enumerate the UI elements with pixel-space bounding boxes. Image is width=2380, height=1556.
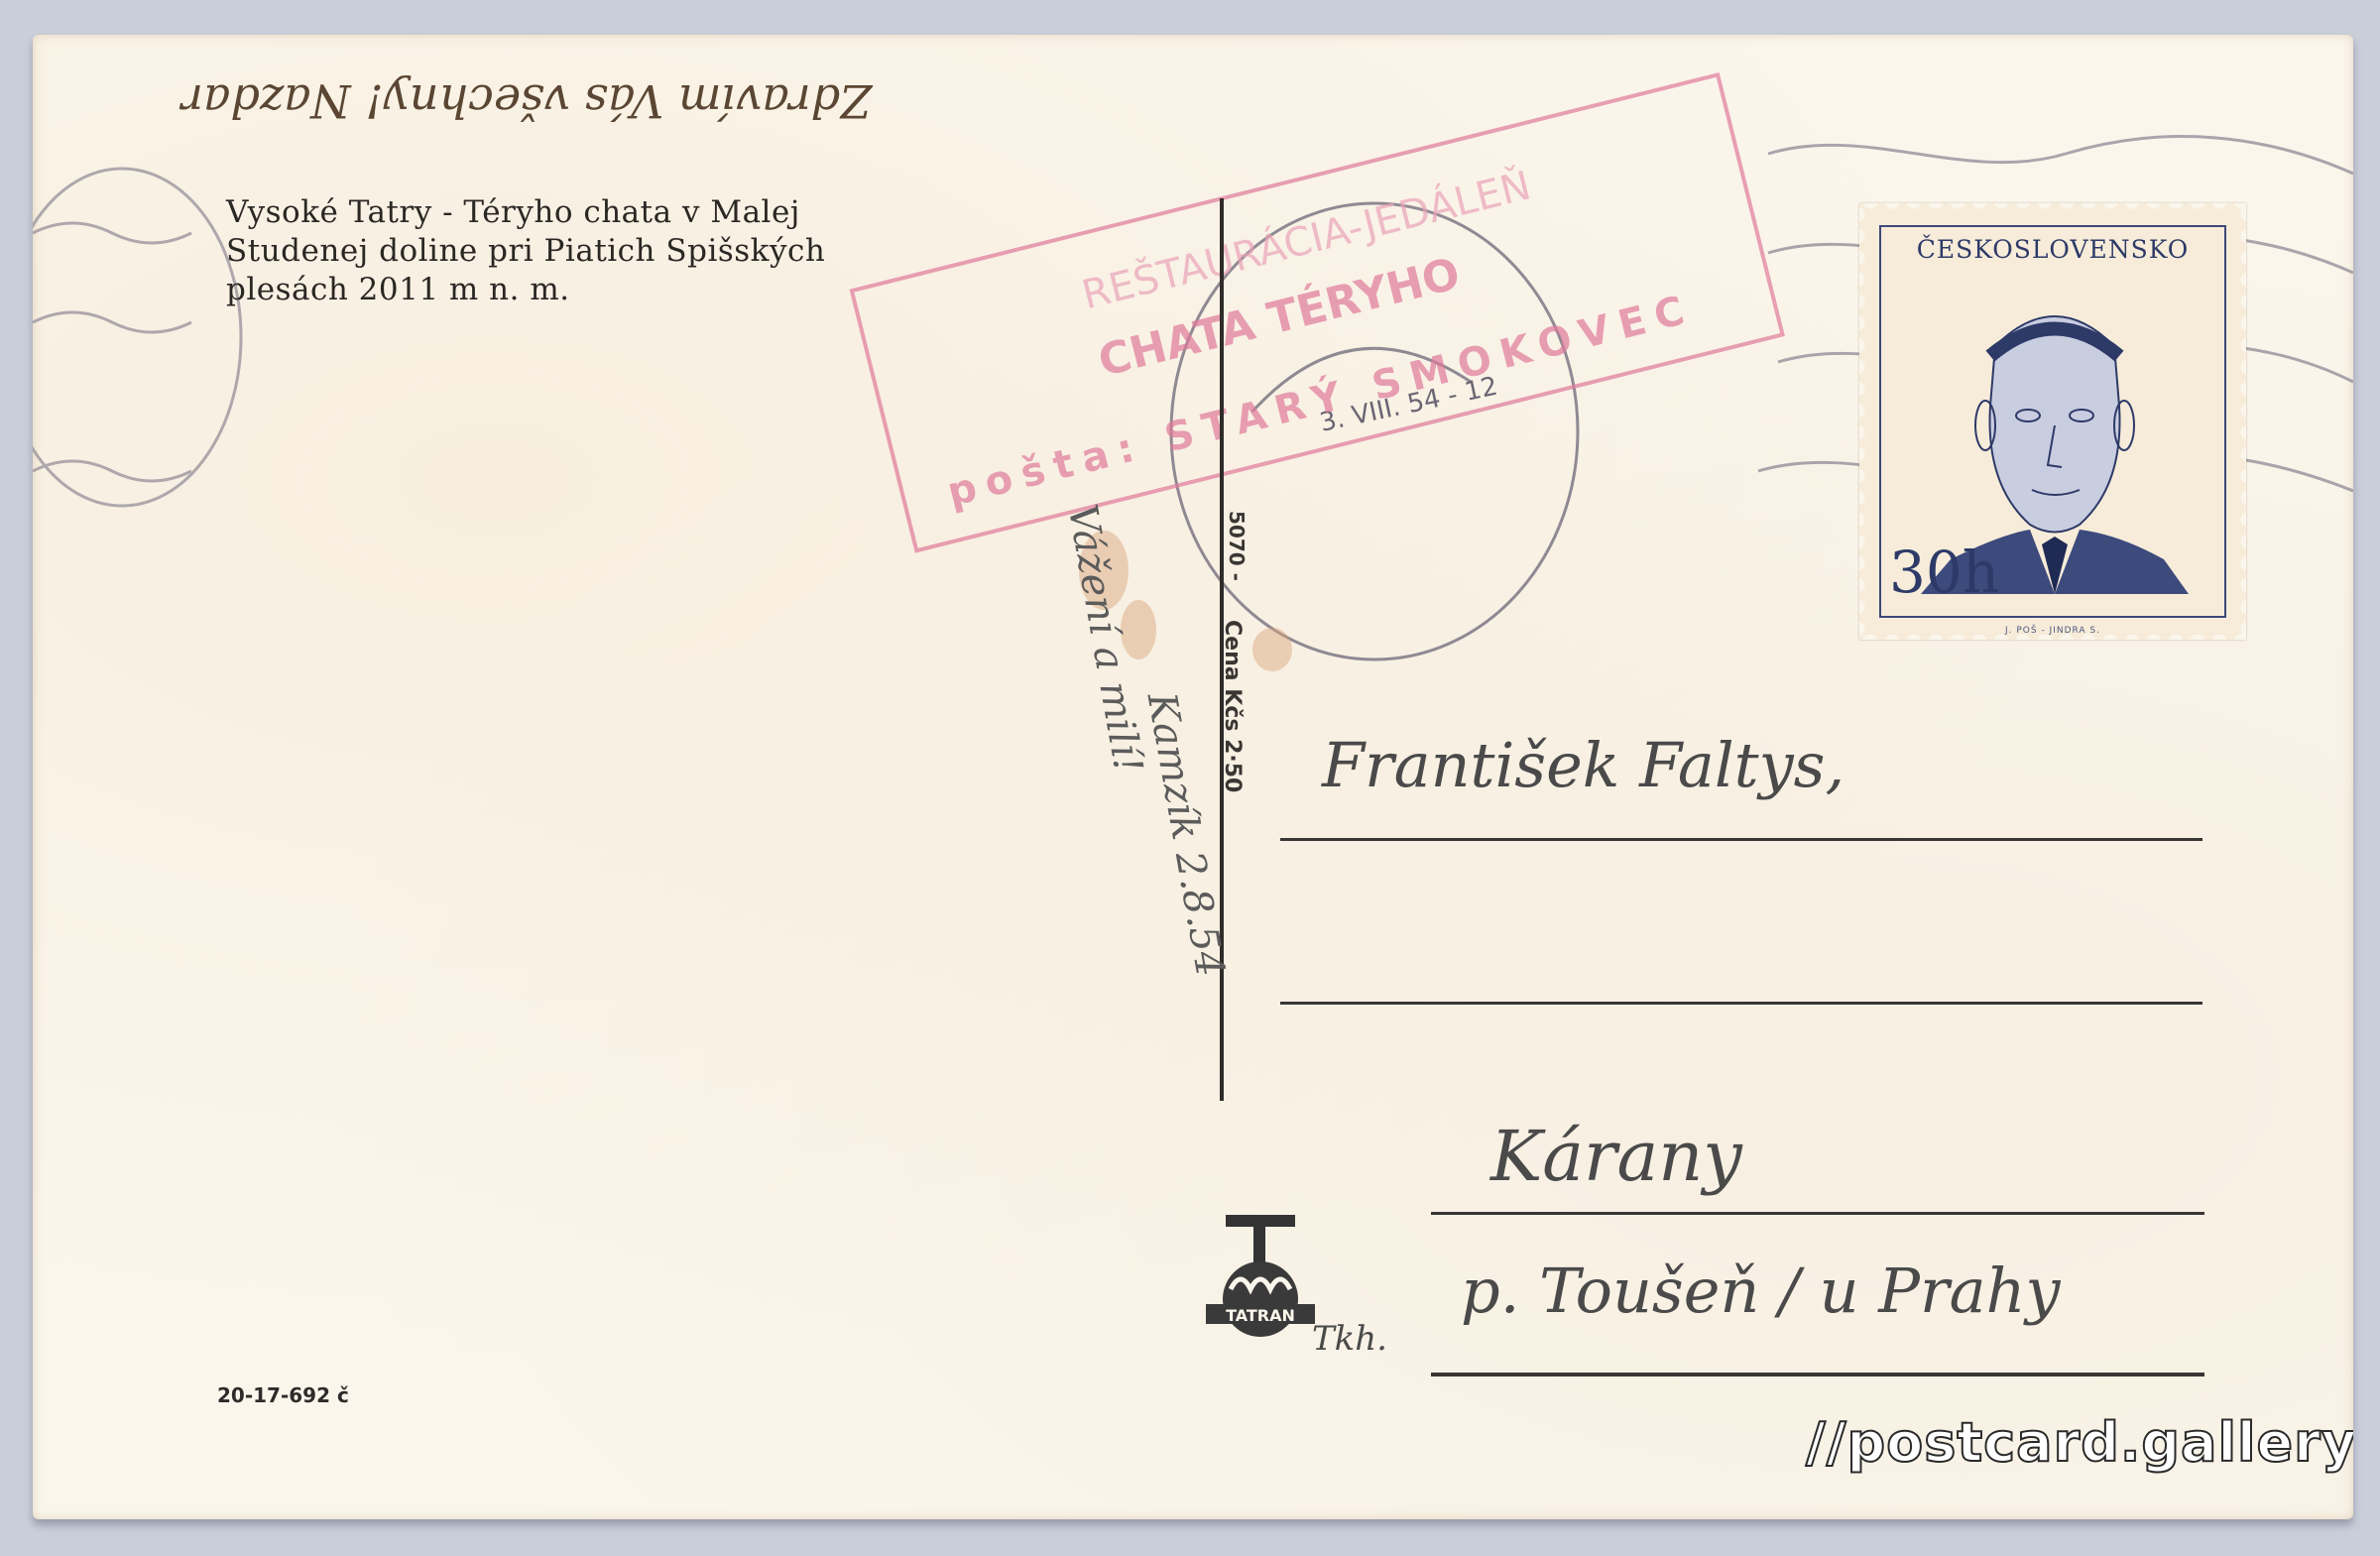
stamp-country: ČESKOSLOVENSKO: [1881, 235, 2224, 264]
stamp-frame: ČESKOSLOVENSKO 30h J. POŠ - JINDRA S.: [1879, 225, 2226, 618]
address-line-1: [1280, 838, 2202, 841]
top-note: Zdravím Vás všechny! Nazdar: [181, 74, 872, 128]
postmark-date: 3. VIII. 54 - 12: [1317, 372, 1500, 438]
print-number: 20-17-692 č: [217, 1383, 349, 1407]
caption-line-1: Vysoké Tatry - Téryho chata v Malej: [226, 193, 825, 232]
publisher-code: 5070 -: [1225, 511, 1249, 581]
svg-text:REŠTAURÁCIA-JEDÁLEŇ: REŠTAURÁCIA-JEDÁLEŇ: [1077, 161, 1535, 318]
svg-text:CHATA TÉRYHO: CHATA TÉRYHO: [1093, 246, 1465, 387]
stamp-engraver: J. POŠ - JINDRA S.: [1881, 626, 2224, 636]
caption-line-2: Studenej doline pri Piatich Spišských: [226, 232, 825, 271]
address-post: p. Toušeň / u Prahy: [1461, 1255, 2061, 1327]
watermark: //postcard.gallery: [1806, 1411, 2353, 1474]
address-line-2: [1280, 1002, 2202, 1005]
stamp-value: 30h: [1889, 539, 1999, 606]
postcard: 3. VIII. 54 - 12 REŠTAURÁCIA-JEDÁLEŇ CHA…: [33, 35, 2353, 1519]
svg-text:pošta: STARÝ SMOKOVEC: pošta: STARÝ SMOKOVEC: [942, 283, 1699, 516]
address-mark: Tkh.: [1312, 1319, 1387, 1359]
caption-line-3: plesách 2011 m n. m.: [226, 271, 825, 309]
address-town: Kárany: [1490, 1116, 1742, 1197]
price-label: Cena Kčs 2·50: [1220, 620, 1245, 792]
place-date: Kamzík 2.8.54: [1138, 689, 1234, 980]
svg-text:TATRAN: TATRAN: [1226, 1306, 1295, 1325]
address-line-3: [1431, 1212, 2204, 1215]
printed-caption: Vysoké Tatry - Téryho chata v Malej Stud…: [226, 193, 825, 309]
message-greeting: Vážení a milí!: [1059, 501, 1151, 777]
publisher-logo-icon: TATRAN: [1206, 1210, 1315, 1339]
postage-stamp: ČESKOSLOVENSKO 30h J. POŠ - JINDRA S.: [1859, 203, 2246, 640]
address-line-4: [1431, 1373, 2204, 1376]
address-name: František Faltys,: [1322, 729, 1844, 801]
